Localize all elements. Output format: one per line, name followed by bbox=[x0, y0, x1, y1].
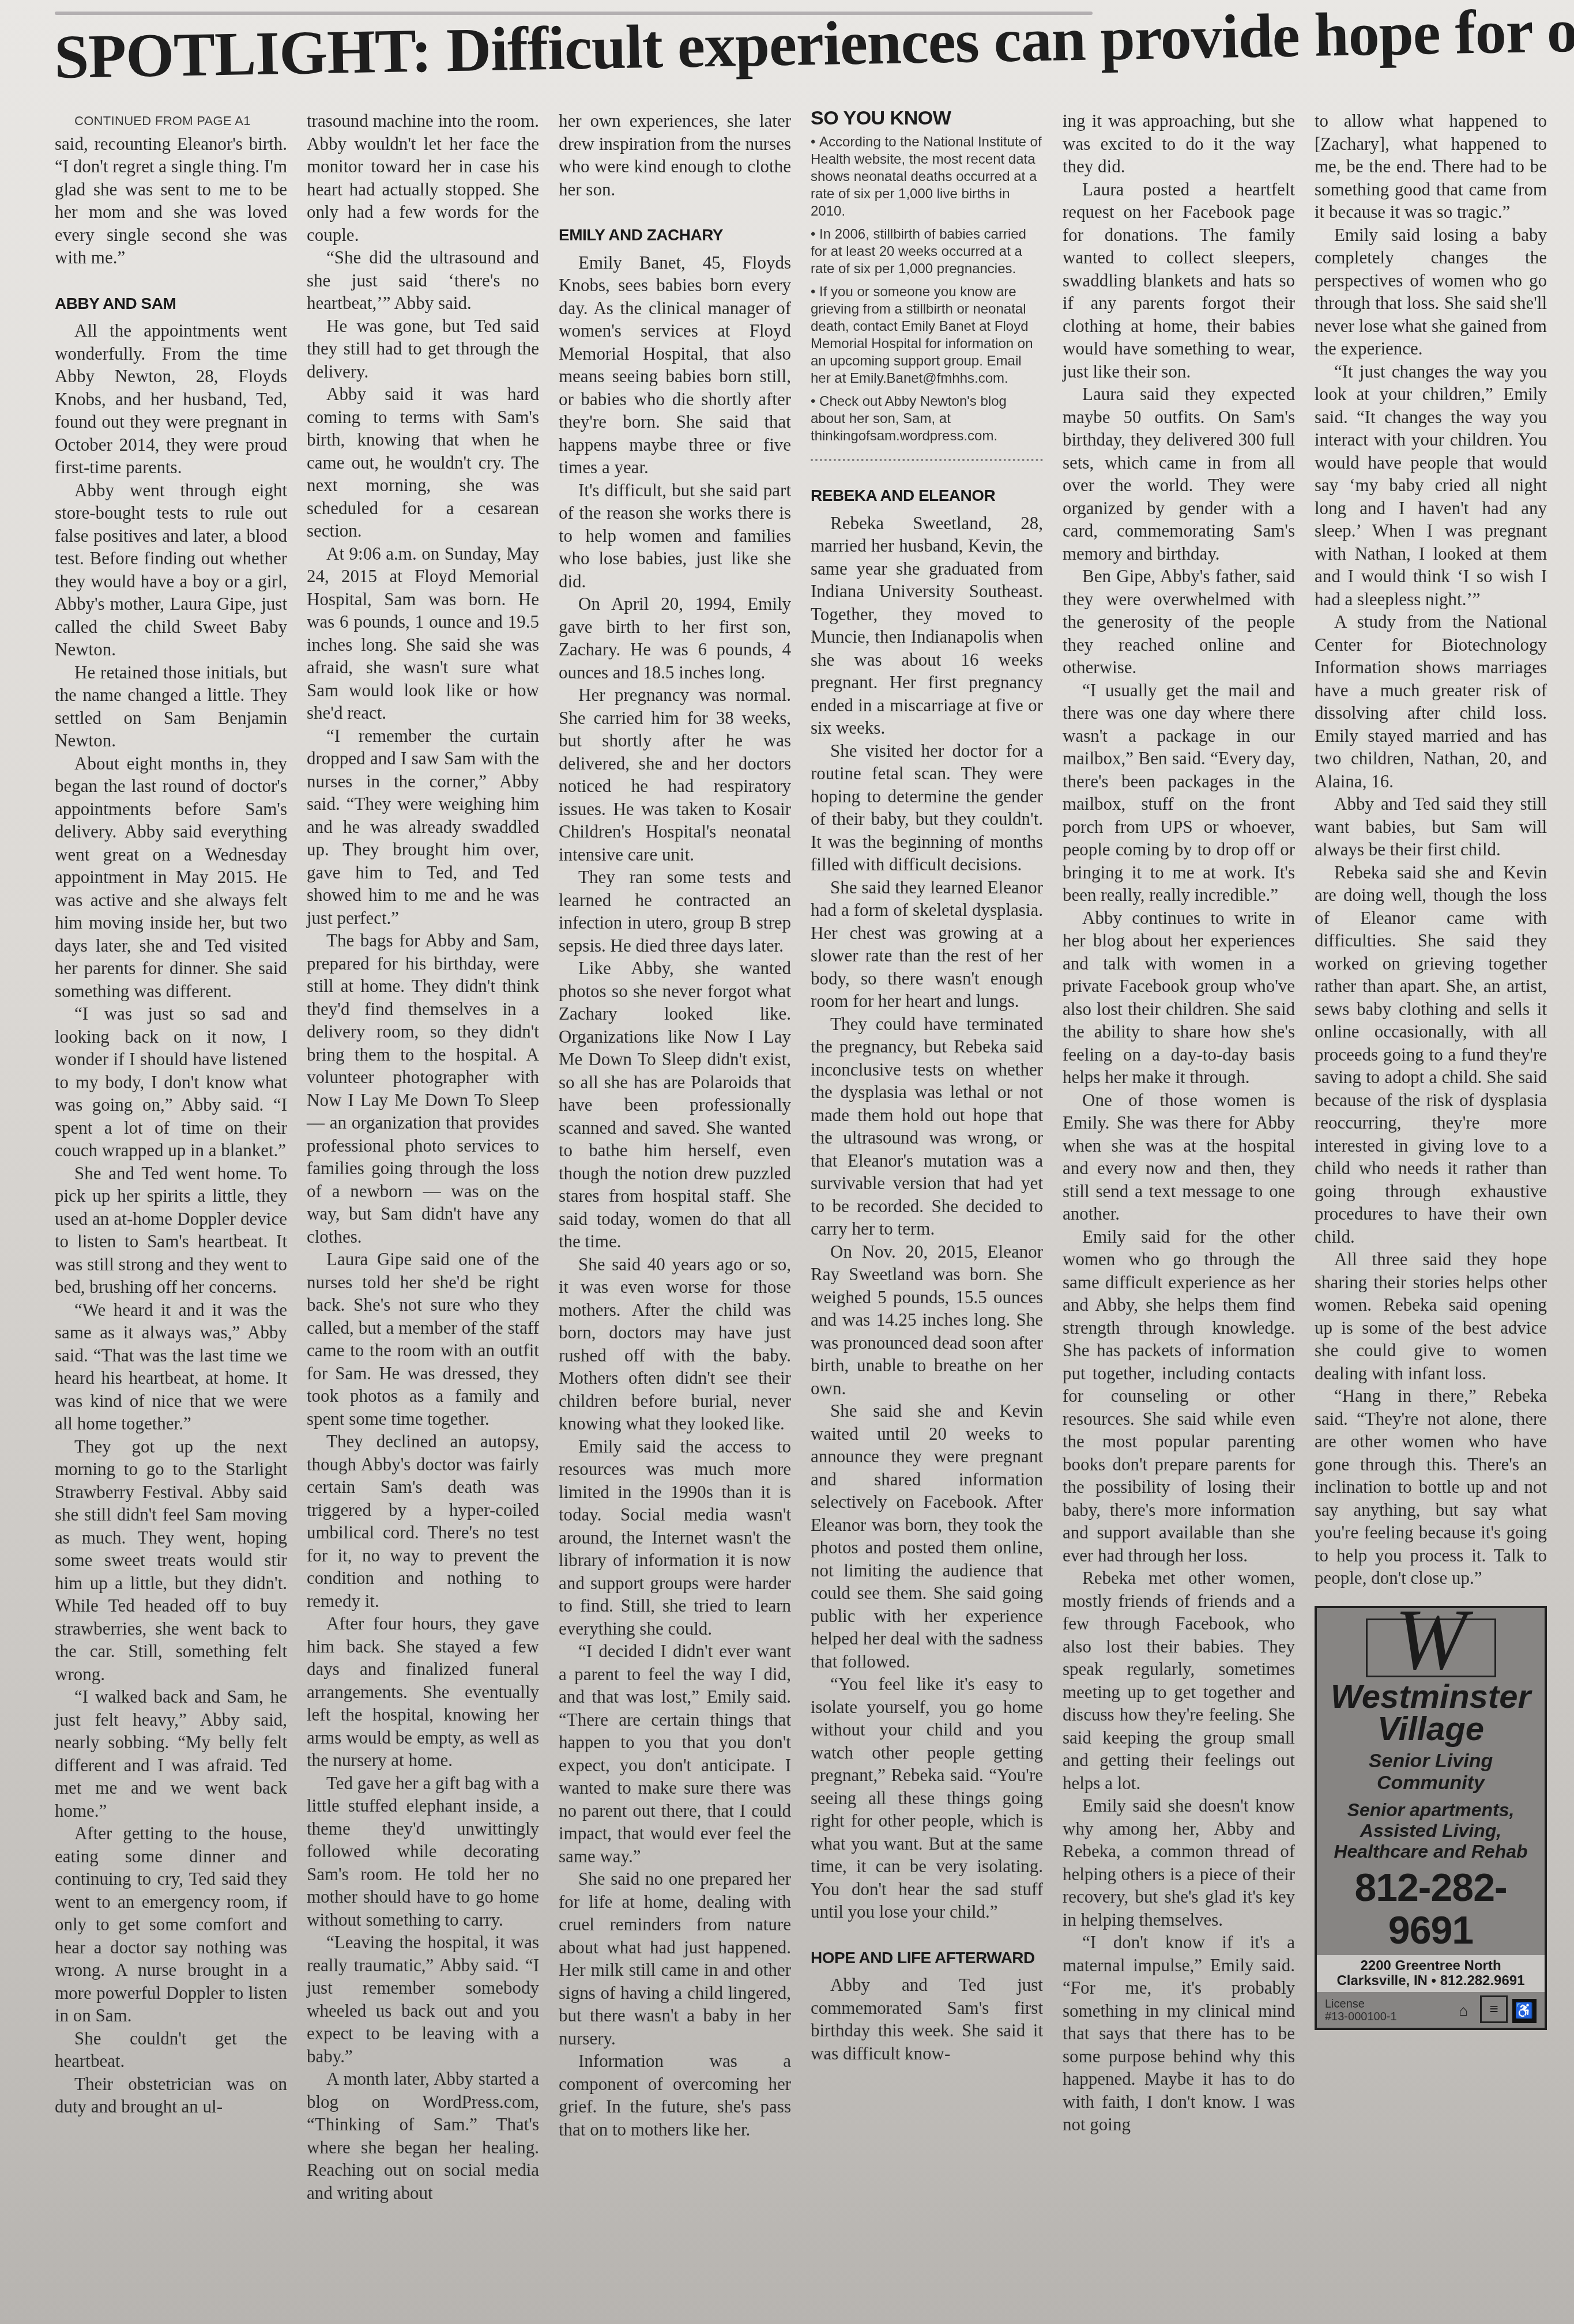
column-6: to allow what happened to [Zachary], wha… bbox=[1315, 110, 1547, 2030]
ad-footer: License #13-000100-1 ⌂ ≡ ♿ bbox=[1323, 1992, 1539, 2023]
paragraph: On April 20, 1994, Emily gave birth to h… bbox=[559, 593, 791, 684]
paragraph: Abby went through eight store-bought tes… bbox=[55, 479, 287, 661]
paragraph: Emily said losing a baby completely chan… bbox=[1315, 224, 1547, 360]
sidebar-item: According to the National Institute of H… bbox=[811, 134, 1043, 220]
paragraph: Abby and Ted said they still want babies… bbox=[1315, 793, 1547, 861]
subhead-abby-and-sam: ABBY AND SAM bbox=[55, 292, 287, 315]
paragraph: “It just changes the way you look at you… bbox=[1315, 360, 1547, 611]
paragraph: “I walked back and Sam, he just felt hea… bbox=[55, 1685, 287, 1822]
paragraph: One of those women is Emily. She was the… bbox=[1063, 1089, 1295, 1225]
paragraph: Emily Banet, 45, Floyds Knobs, sees babi… bbox=[559, 251, 791, 479]
paragraph: Information was a component of overcomin… bbox=[559, 2050, 791, 2141]
paragraph: Rebeka said she and Kevin are doing well… bbox=[1315, 861, 1547, 1248]
paragraph: She said no one prepared her for life at… bbox=[559, 1867, 791, 2050]
subhead-emily-and-zachary: EMILY AND ZACHARY bbox=[559, 224, 791, 247]
sidebar-title: SO YOU KNOW bbox=[811, 110, 1043, 127]
paragraph: ing it was approaching, but she was exci… bbox=[1063, 110, 1295, 178]
column-5: ing it was approaching, but she was exci… bbox=[1063, 110, 1295, 2136]
col4-body: Rebeka Sweetland, 28, married her husban… bbox=[811, 512, 1043, 1923]
sidebar-items: According to the National Institute of H… bbox=[811, 134, 1043, 445]
paragraph: Like Abby, she wanted photos so she neve… bbox=[559, 957, 791, 1253]
col3-body: Emily Banet, 45, Floyds Knobs, sees babi… bbox=[559, 251, 791, 2141]
license-label: License bbox=[1325, 1998, 1397, 2010]
col1-intro: said, recounting Eleanor's birth. “I don… bbox=[55, 133, 287, 269]
paragraph: Emily said the access to resources was m… bbox=[559, 1435, 791, 1640]
ad-services1: Senior apartments, bbox=[1323, 1799, 1539, 1820]
paragraph: On Nov. 20, 2015, Eleanor Ray Sweetland … bbox=[811, 1240, 1043, 1400]
paragraph: He was gone, but Ted said they still had… bbox=[307, 315, 539, 383]
ad-brand-line2: Village bbox=[1323, 1713, 1539, 1745]
column-2: trasound machine into the room. Abby wou… bbox=[307, 110, 539, 2204]
paragraph: “Hang in there,” Rebeka said. “They're n… bbox=[1315, 1384, 1547, 1590]
paragraph: Rebeka met other women, mostly friends o… bbox=[1063, 1567, 1295, 1794]
newspaper-page: SPOTLIGHT: Difficult experiences can pro… bbox=[55, 12, 1542, 2204]
paragraph: They ran some tests and learned he contr… bbox=[559, 866, 791, 957]
paragraph: said, recounting Eleanor's birth. “I don… bbox=[55, 133, 287, 269]
paragraph: Laura Gipe said one of the nurses told h… bbox=[307, 1248, 539, 1430]
paragraph: It's difficult, but she said part of the… bbox=[559, 479, 791, 593]
column-1: CONTINUED FROM PAGE A1 said, recounting … bbox=[55, 110, 287, 2118]
subhead-hope-and-life-afterward: HOPE AND LIFE AFTERWARD bbox=[811, 1946, 1043, 1970]
sidebar-item: In 2006, stillbirth of babies carried fo… bbox=[811, 226, 1043, 278]
paragraph: She and Ted went home. To pick up her sp… bbox=[55, 1162, 287, 1299]
sidebar-item: Check out Abby Newton's blog about her s… bbox=[811, 393, 1043, 445]
ad-phone: 812-282-9691 bbox=[1323, 1866, 1539, 1952]
equal-housing-icon: ⌂ bbox=[1451, 1999, 1475, 2023]
paragraph: After four hours, they gave him back. Sh… bbox=[307, 1612, 539, 1772]
paragraph: A study from the National Center for Bio… bbox=[1315, 610, 1547, 793]
paragraph: Laura posted a heartfelt request on her … bbox=[1063, 178, 1295, 383]
col3-intro: her own experiences, she later drew insp… bbox=[559, 110, 791, 201]
ad-tagline1: Senior Living bbox=[1323, 1750, 1539, 1772]
ad-address-line2: Clarksville, IN • 812.282.9691 bbox=[1317, 1974, 1545, 1989]
col6-body: to allow what happened to [Zachary], wha… bbox=[1315, 110, 1547, 1590]
paragraph: Her pregnancy was normal. She carried hi… bbox=[559, 684, 791, 866]
paragraph: “I usually get the mail and there was on… bbox=[1063, 679, 1295, 907]
paragraph: Rebeka Sweetland, 28, married her husban… bbox=[811, 512, 1043, 740]
paragraph: She couldn't get the heartbeat. bbox=[55, 2027, 287, 2073]
fair-housing-icon: ≡ bbox=[1480, 1995, 1508, 2023]
paragraph: They declined an autopsy, though Abby's … bbox=[307, 1430, 539, 1612]
paragraph: Emily said for the other women who go th… bbox=[1063, 1225, 1295, 1567]
paragraph: They could have terminated the pregnancy… bbox=[811, 1013, 1043, 1240]
paragraph: Emily said she doesn't know why among he… bbox=[1063, 1794, 1295, 1931]
article-columns: CONTINUED FROM PAGE A1 said, recounting … bbox=[55, 110, 1542, 2204]
paragraph: to allow what happened to [Zachary], wha… bbox=[1315, 110, 1547, 224]
ad-services3: Healthcare and Rehab bbox=[1323, 1841, 1539, 1862]
paragraph: After getting to the house, eating some … bbox=[55, 1822, 287, 2027]
sidebar-item: If you or someone you know are grieving … bbox=[811, 284, 1043, 387]
paragraph: “She did the ultrasound and she just sai… bbox=[307, 246, 539, 315]
paragraph: trasound machine into the room. Abby wou… bbox=[307, 110, 539, 246]
paragraph: Their obstetrician was on duty and broug… bbox=[55, 2073, 287, 2118]
paragraph: They got up the next morning to go to th… bbox=[55, 1435, 287, 1686]
paragraph: The bags for Abby and Sam, prepared for … bbox=[307, 929, 539, 1248]
col1-body: All the appointments went wonderfully. F… bbox=[55, 319, 287, 2118]
paragraph: “I decided I didn't ever want a parent t… bbox=[559, 1640, 791, 1867]
column-4: SO YOU KNOW According to the National In… bbox=[811, 110, 1043, 2065]
ad-address-line1: 2200 Greentree North bbox=[1317, 1959, 1545, 1974]
paragraph: She said 40 years ago or so, it was even… bbox=[559, 1253, 791, 1435]
paragraph: All the appointments went wonderfully. F… bbox=[55, 319, 287, 479]
paragraph: He retained those initials, but the name… bbox=[55, 661, 287, 752]
headline-kicker: SPOTLIGHT: bbox=[54, 17, 432, 92]
ad-services2: Assisted Living, bbox=[1323, 1820, 1539, 1841]
ad-icons: ⌂ ≡ ♿ bbox=[1451, 1995, 1537, 2023]
paragraph: Abby continues to write in her blog abou… bbox=[1063, 907, 1295, 1089]
dotted-divider bbox=[811, 459, 1043, 461]
paragraph: All three said they hope sharing their s… bbox=[1315, 1248, 1547, 1384]
headline-title: Difficult experiences can provide hope f… bbox=[446, 0, 1574, 85]
so-you-know-sidebar: SO YOU KNOW According to the National In… bbox=[811, 110, 1043, 445]
paragraph: Abby and Ted just commemorated Sam's fir… bbox=[811, 1974, 1043, 2065]
paragraph: “I remember the curtain dropped and I sa… bbox=[307, 725, 539, 930]
paragraph: Ted gave her a gift bag with a little st… bbox=[307, 1772, 539, 1931]
column-3: her own experiences, she later drew insp… bbox=[559, 110, 791, 2141]
col4-body-2: Abby and Ted just commemorated Sam's fir… bbox=[811, 1974, 1043, 2065]
paragraph: her own experiences, she later drew insp… bbox=[559, 110, 791, 201]
paragraph: About eight months in, they began the la… bbox=[55, 752, 287, 1003]
continued-label: CONTINUED FROM PAGE A1 bbox=[55, 110, 287, 133]
westminster-village-ad: W Westminster Village Senior Living Comm… bbox=[1315, 1606, 1547, 2030]
accessibility-icon: ♿ bbox=[1512, 1999, 1537, 2023]
paragraph: “I was just so sad and looking back on i… bbox=[55, 1002, 287, 1162]
ad-tagline2: Community bbox=[1323, 1772, 1539, 1794]
paragraph: “I don't know if it's a maternal impulse… bbox=[1063, 1931, 1295, 2136]
col2-body: trasound machine into the room. Abby wou… bbox=[307, 110, 539, 2204]
license-number: #13-000100-1 bbox=[1325, 2010, 1397, 2023]
w-logo-icon: W bbox=[1366, 1618, 1496, 1677]
paragraph: She said they learned Eleanor had a form… bbox=[811, 876, 1043, 1013]
paragraph: “Leaving the hospital, it was really tra… bbox=[307, 1931, 539, 2068]
col5-body: ing it was approaching, but she was exci… bbox=[1063, 110, 1295, 2136]
paragraph: Ben Gipe, Abby's father, said they were … bbox=[1063, 565, 1295, 679]
paragraph: She said she and Kevin waited until 20 w… bbox=[811, 1399, 1043, 1673]
paragraph: Laura said they expected maybe 50 outfit… bbox=[1063, 383, 1295, 565]
paragraph: Abby said it was hard coming to terms wi… bbox=[307, 383, 539, 542]
ad-license: License #13-000100-1 bbox=[1325, 1998, 1397, 2023]
paragraph: “We heard it and it was the same as it a… bbox=[55, 1299, 287, 1435]
paragraph: At 9:06 a.m. on Sunday, May 24, 2015 at … bbox=[307, 542, 539, 725]
paragraph: She visited her doctor for a routine fet… bbox=[811, 740, 1043, 876]
paragraph: A month later, Abby started a blog on Wo… bbox=[307, 2068, 539, 2204]
ad-address: 2200 Greentree North Clarksville, IN • 8… bbox=[1317, 1955, 1545, 1992]
paragraph: “You feel like it's easy to isolate your… bbox=[811, 1673, 1043, 1923]
subhead-rebeka-and-eleanor: REBEKA AND ELEANOR bbox=[811, 484, 1043, 507]
